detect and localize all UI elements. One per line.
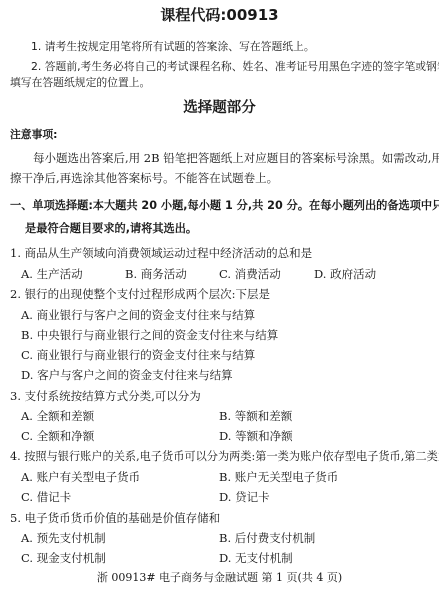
question-3-option-c: C. 全额和净额 bbox=[21, 429, 94, 443]
notice-line-2: 擦干净后,再选涂其他答案标号。不能答在试题卷上。 bbox=[10, 171, 278, 185]
question-5-option-a: A. 预先支付机制 bbox=[21, 531, 106, 545]
section-title: 选择题部分 bbox=[0, 99, 439, 117]
question-5-option-c: C. 现金支付机制 bbox=[21, 551, 106, 565]
instruction-2-cont: 填写在答题纸规定的位置上。 bbox=[10, 76, 150, 90]
question-3-option-a: A. 全额和差额 bbox=[21, 409, 94, 423]
question-2-option-c: C. 商业银行与商业银行的资金支付往来与结算 bbox=[21, 348, 255, 362]
question-4-option-b: B. 账户无关型电子货币 bbox=[219, 470, 338, 484]
question-3-stem: 3. 支付系统按结算方式分类,可以分为 bbox=[10, 389, 201, 403]
question-3-option-d: D. 等额和净额 bbox=[219, 429, 293, 443]
question-4-option-d: D. 贷记卡 bbox=[219, 490, 270, 504]
question-2-stem: 2. 银行的出现使整个支付过程形成两个层次:下层是 bbox=[10, 287, 270, 301]
question-1-stem: 1. 商品从生产领域向消费领域运动过程中经济活动的总和是 bbox=[10, 246, 312, 260]
instruction-1: 1. 请考生按规定用笔将所有试题的答案涂、写在答题纸上。 bbox=[31, 40, 315, 54]
notice-label: 注意事项: bbox=[10, 128, 58, 142]
question-1-option-d: D. 政府活动 bbox=[314, 267, 376, 281]
question-1-option-b: B. 商务活动 bbox=[125, 267, 187, 281]
question-2-option-b: B. 中央银行与商业银行之间的资金支付往来与结算 bbox=[21, 328, 278, 342]
instruction-2: 2. 答题前,考生务必将自己的考试课程名称、姓名、准考证号用黑色字迹的签字笔或钢… bbox=[31, 60, 439, 74]
question-1-option-a: A. 生产活动 bbox=[21, 267, 83, 281]
question-5-option-b: B. 后付费支付机制 bbox=[219, 531, 315, 545]
part-heading-line-1: 一、单项选择题:本大题共 20 小题,每小题 1 分,共 20 分。在每小题列出… bbox=[10, 199, 439, 213]
question-4-option-c: C. 借记卡 bbox=[21, 490, 71, 504]
question-5-option-d: D. 无支付机制 bbox=[219, 551, 293, 565]
course-code-title: 课程代码:00913 bbox=[0, 6, 439, 24]
question-4-option-a: A. 账户有关型电子货币 bbox=[21, 470, 140, 484]
question-2-option-a: A. 商业银行与客户之间的资金支付往来与结算 bbox=[21, 308, 255, 322]
question-2-option-d: D. 客户与客户之间的资金支付往来与结算 bbox=[21, 368, 233, 382]
page-footer: 浙 00913# 电子商务与金融试题 第 1 页(共 4 页) bbox=[0, 571, 439, 585]
question-4-stem: 4. 按照与银行账户的关系,电子货币可以分为两类:第一类为账户依存型电子货币,第… bbox=[10, 450, 439, 464]
question-1-option-c: C. 消费活动 bbox=[219, 267, 281, 281]
question-5-stem: 5. 电子货币货币价值的基础是价值存储和 bbox=[10, 511, 220, 525]
question-3-option-b: B. 等额和差额 bbox=[219, 409, 292, 423]
part-heading-line-2: 是最符合题目要求的,请将其选出。 bbox=[25, 222, 197, 236]
notice-line-1: 每小题选出答案后,用 2B 铅笔把答题纸上对应题目的答案标号涂黑。如需改动,用橡… bbox=[33, 151, 439, 165]
